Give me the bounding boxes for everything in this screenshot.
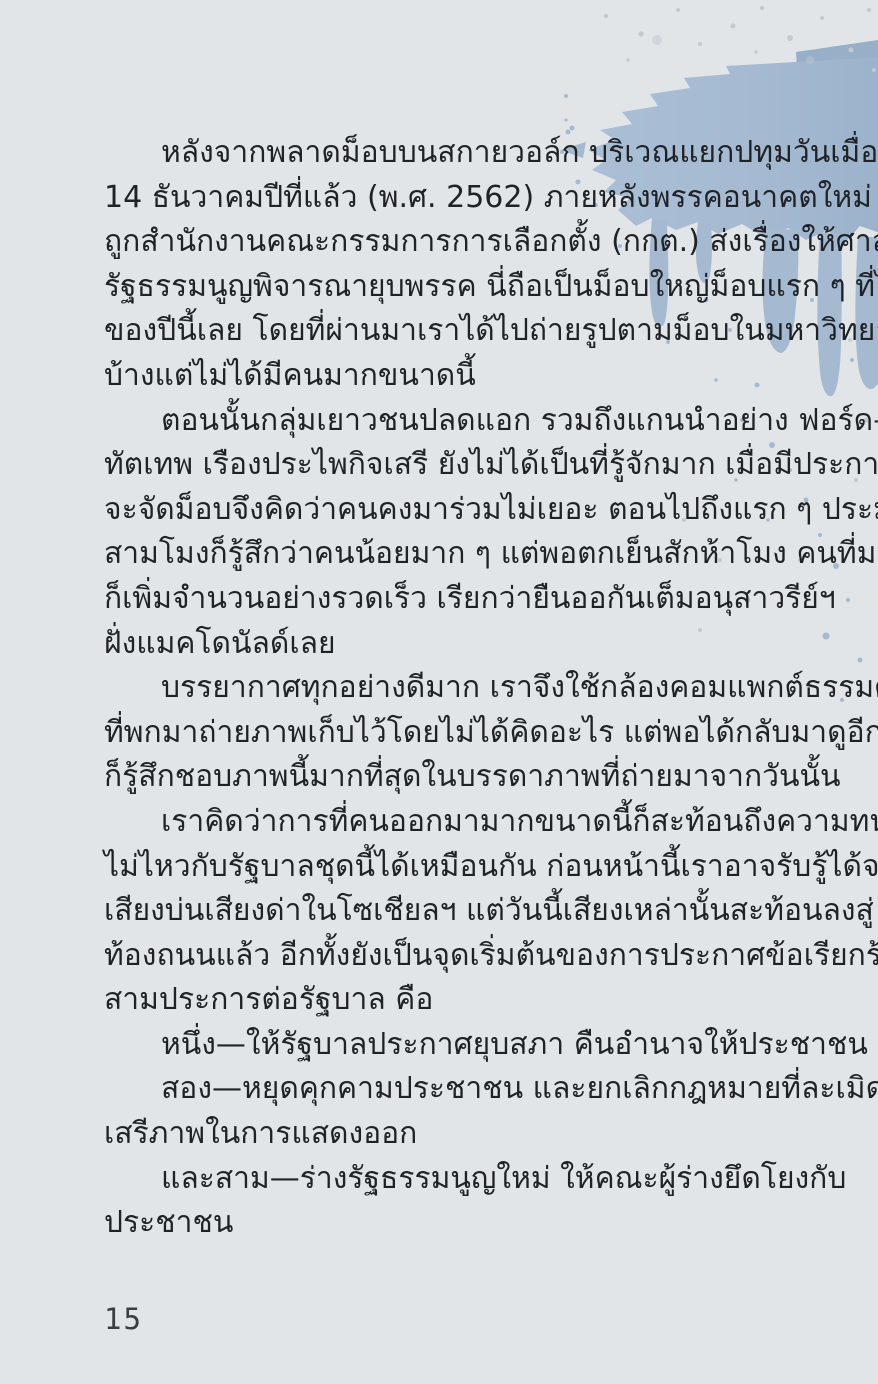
text-line: ก็รู้สึกชอบภาพนี้มากที่สุดในบรรดาภาพที่ถ… [104, 755, 796, 800]
text-line: สอง—หยุดคุกคามประชาชน และยกเลิกกฎหมายที่… [104, 1067, 796, 1112]
text-line: ของปีนี้เลย โดยที่ผ่านมาเราได้ไปถ่ายรูปต… [104, 309, 796, 354]
text-line: หนึ่ง—ให้รัฐบาลประกาศยุบสภา คืนอำนาจให้ป… [104, 1023, 796, 1068]
text-line: เสรีภาพในการแสดงออก [104, 1112, 796, 1157]
text-line: เสียงบ่นเสียงด่าในโซเชียลฯ แต่วันนี้เสีย… [104, 889, 796, 934]
text-line: เราคิดว่าการที่คนออกมามากขนาดนี้ก็สะท้อน… [104, 800, 796, 845]
text-line: ตอนนั้นกลุ่มเยาวชนปลดแอก รวมถึงแกนนำอย่า… [104, 399, 796, 444]
text-line: และสาม—ร่างรัฐธรรมนูญใหม่ ให้คณะผู้ร่างย… [104, 1157, 796, 1202]
text-line: 14 ธันวาคมปีที่แล้ว (พ.ศ. 2562) ภายหลังพ… [104, 176, 796, 221]
page-number: 15 [104, 1302, 143, 1336]
text-line: หลังจากพลาดม็อบบนสกายวอล์ก บริเวณแยกปทุม… [104, 131, 796, 176]
text-line: ก็เพิ่มจำนวนอย่างรวดเร็ว เรียกว่ายืนออกั… [104, 577, 796, 622]
text-line: ไม่ไหวกับรัฐบาลชุดนี้ได้เหมือนกัน ก่อนหน… [104, 845, 796, 890]
text-line: บรรยากาศทุกอย่างดีมาก เราจึงใช้กล้องคอมแ… [104, 666, 796, 711]
text-body: หลังจากพลาดม็อบบนสกายวอล์ก บริเวณแยกปทุม… [104, 131, 796, 1246]
text-line: ทัตเทพ เรืองประไพกิจเสรี ยังไม่ได้เป็นที… [104, 443, 796, 488]
text-line: ท้องถนนแล้ว อีกทั้งยังเป็นจุดเริ่มต้นของ… [104, 934, 796, 979]
text-line: ถูกสำนักงานคณะกรรมการการเลือกตั้ง (กกต.)… [104, 220, 796, 265]
text-line: สามโมงก็รู้สึกว่าคนน้อยมาก ๆ แต่พอตกเย็น… [104, 532, 796, 577]
text-line: บ้างแต่ไม่ได้มีคนมากขนาดนี้ [104, 354, 796, 399]
text-line: ฝั่งแมคโดนัลด์เลย [104, 622, 796, 667]
text-line: รัฐธรรมนูญพิจารณายุบพรรค นี่ถือเป็นม็อบใ… [104, 265, 796, 310]
book-page: หลังจากพลาดม็อบบนสกายวอล์ก บริเวณแยกปทุม… [0, 0, 878, 1384]
text-line: จะจัดม็อบจึงคิดว่าคนคงมาร่วมไม่เยอะ ตอนไ… [104, 488, 796, 533]
text-line: ประชาชน [104, 1201, 796, 1246]
text-line: ที่พกมาถ่ายภาพเก็บไว้โดยไม่ได้คิดอะไร แต… [104, 711, 796, 756]
text-line: สามประการต่อรัฐบาล คือ [104, 978, 796, 1023]
